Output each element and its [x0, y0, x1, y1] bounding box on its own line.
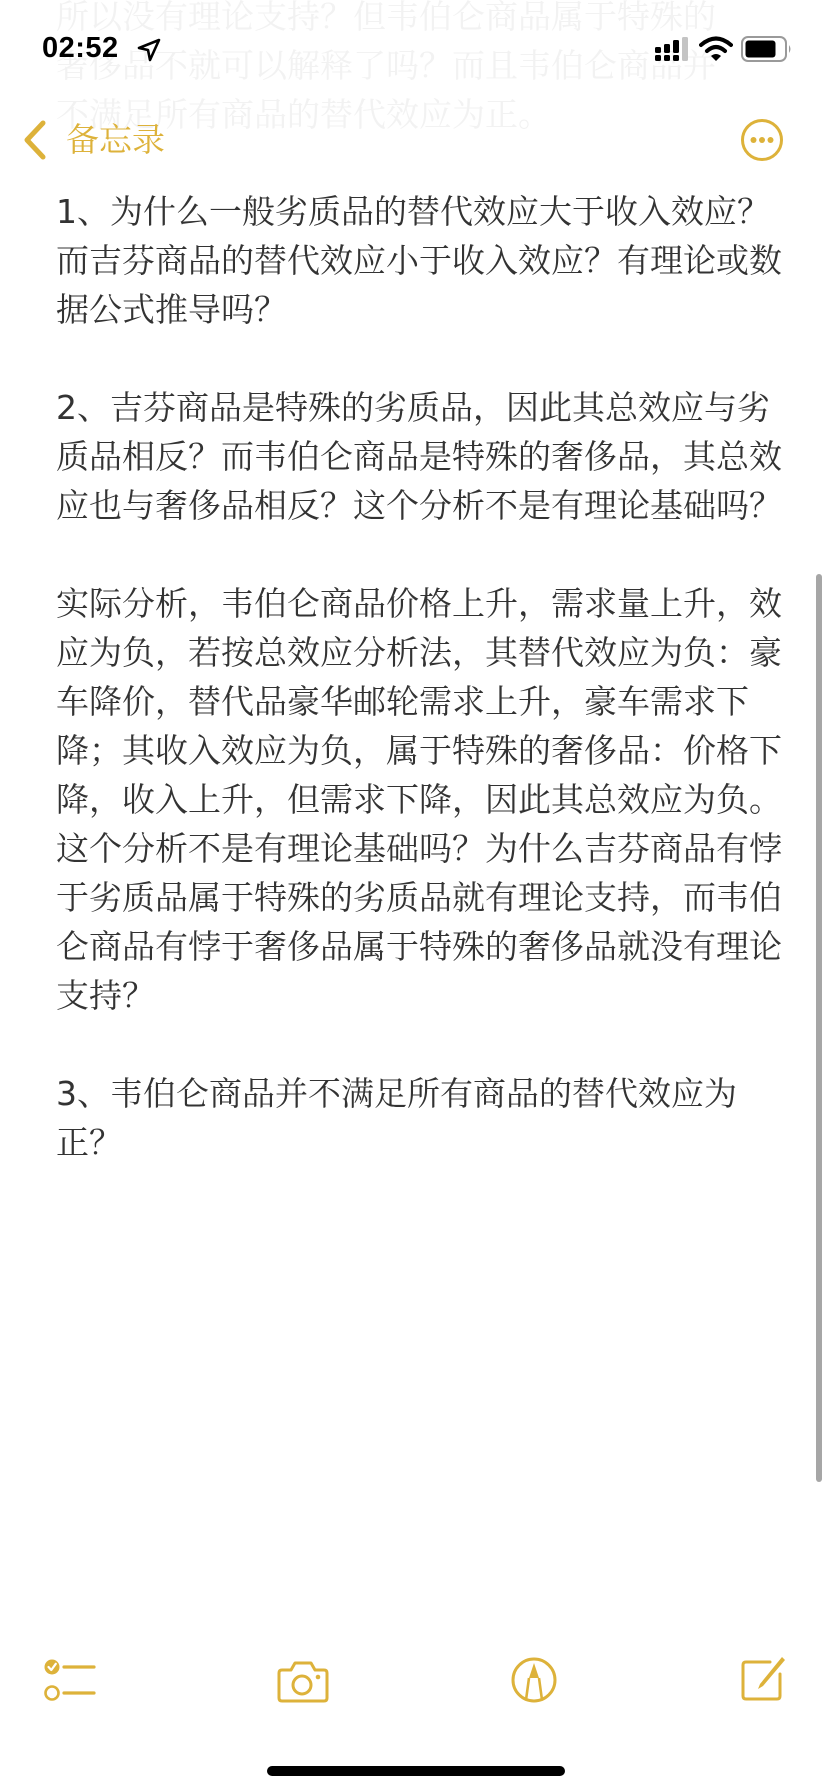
- markup-pen-icon[interactable]: [510, 1656, 558, 1704]
- battery-icon: [741, 36, 793, 62]
- status-bar: 02:52: [0, 0, 828, 90]
- ellipsis-circle-icon[interactable]: [740, 118, 784, 162]
- note-paragraph-4: 3、韦伯仑商品并不满足所有商品的替代效应为正？: [56, 1069, 782, 1167]
- blank-line: [56, 334, 782, 383]
- location-arrow-icon: [136, 37, 162, 63]
- back-label: 备忘录: [66, 120, 165, 160]
- cellular-signal-icon: [655, 37, 689, 62]
- status-time: 02:52: [42, 32, 119, 65]
- blank-line: [56, 530, 782, 579]
- chevron-left-icon: [22, 120, 48, 160]
- navigation-bar: 备忘录: [0, 100, 828, 180]
- note-paragraph-1: 1、为什么一般劣质品的替代效应大于收入效应？而吉芬商品的替代效应小于收入效应？有…: [56, 187, 782, 334]
- note-content-editor[interactable]: 1、为什么一般劣质品的替代效应大于收入效应？而吉芬商品的替代效应小于收入效应？有…: [56, 187, 782, 1167]
- note-paragraph-3: 实际分析，韦伯仑商品价格上升，需求量上升，效应为负，若按总效应分析法，其替代效应…: [56, 579, 782, 1020]
- home-indicator[interactable]: [267, 1766, 565, 1776]
- back-to-notes-button[interactable]: 备忘录: [22, 118, 165, 162]
- note-paragraph-2: 2、吉芬商品是特殊的劣质品，因此其总效应与劣质品相反？而韦伯仑商品是特殊的奢侈品…: [56, 383, 782, 530]
- vertical-scrollbar[interactable]: [816, 574, 822, 1482]
- compose-icon[interactable]: [740, 1654, 786, 1702]
- wifi-icon: [699, 35, 733, 63]
- blank-line: [56, 1020, 782, 1069]
- bottom-toolbar: [0, 1640, 828, 1730]
- camera-icon[interactable]: [276, 1658, 330, 1704]
- checklist-icon[interactable]: [44, 1658, 96, 1704]
